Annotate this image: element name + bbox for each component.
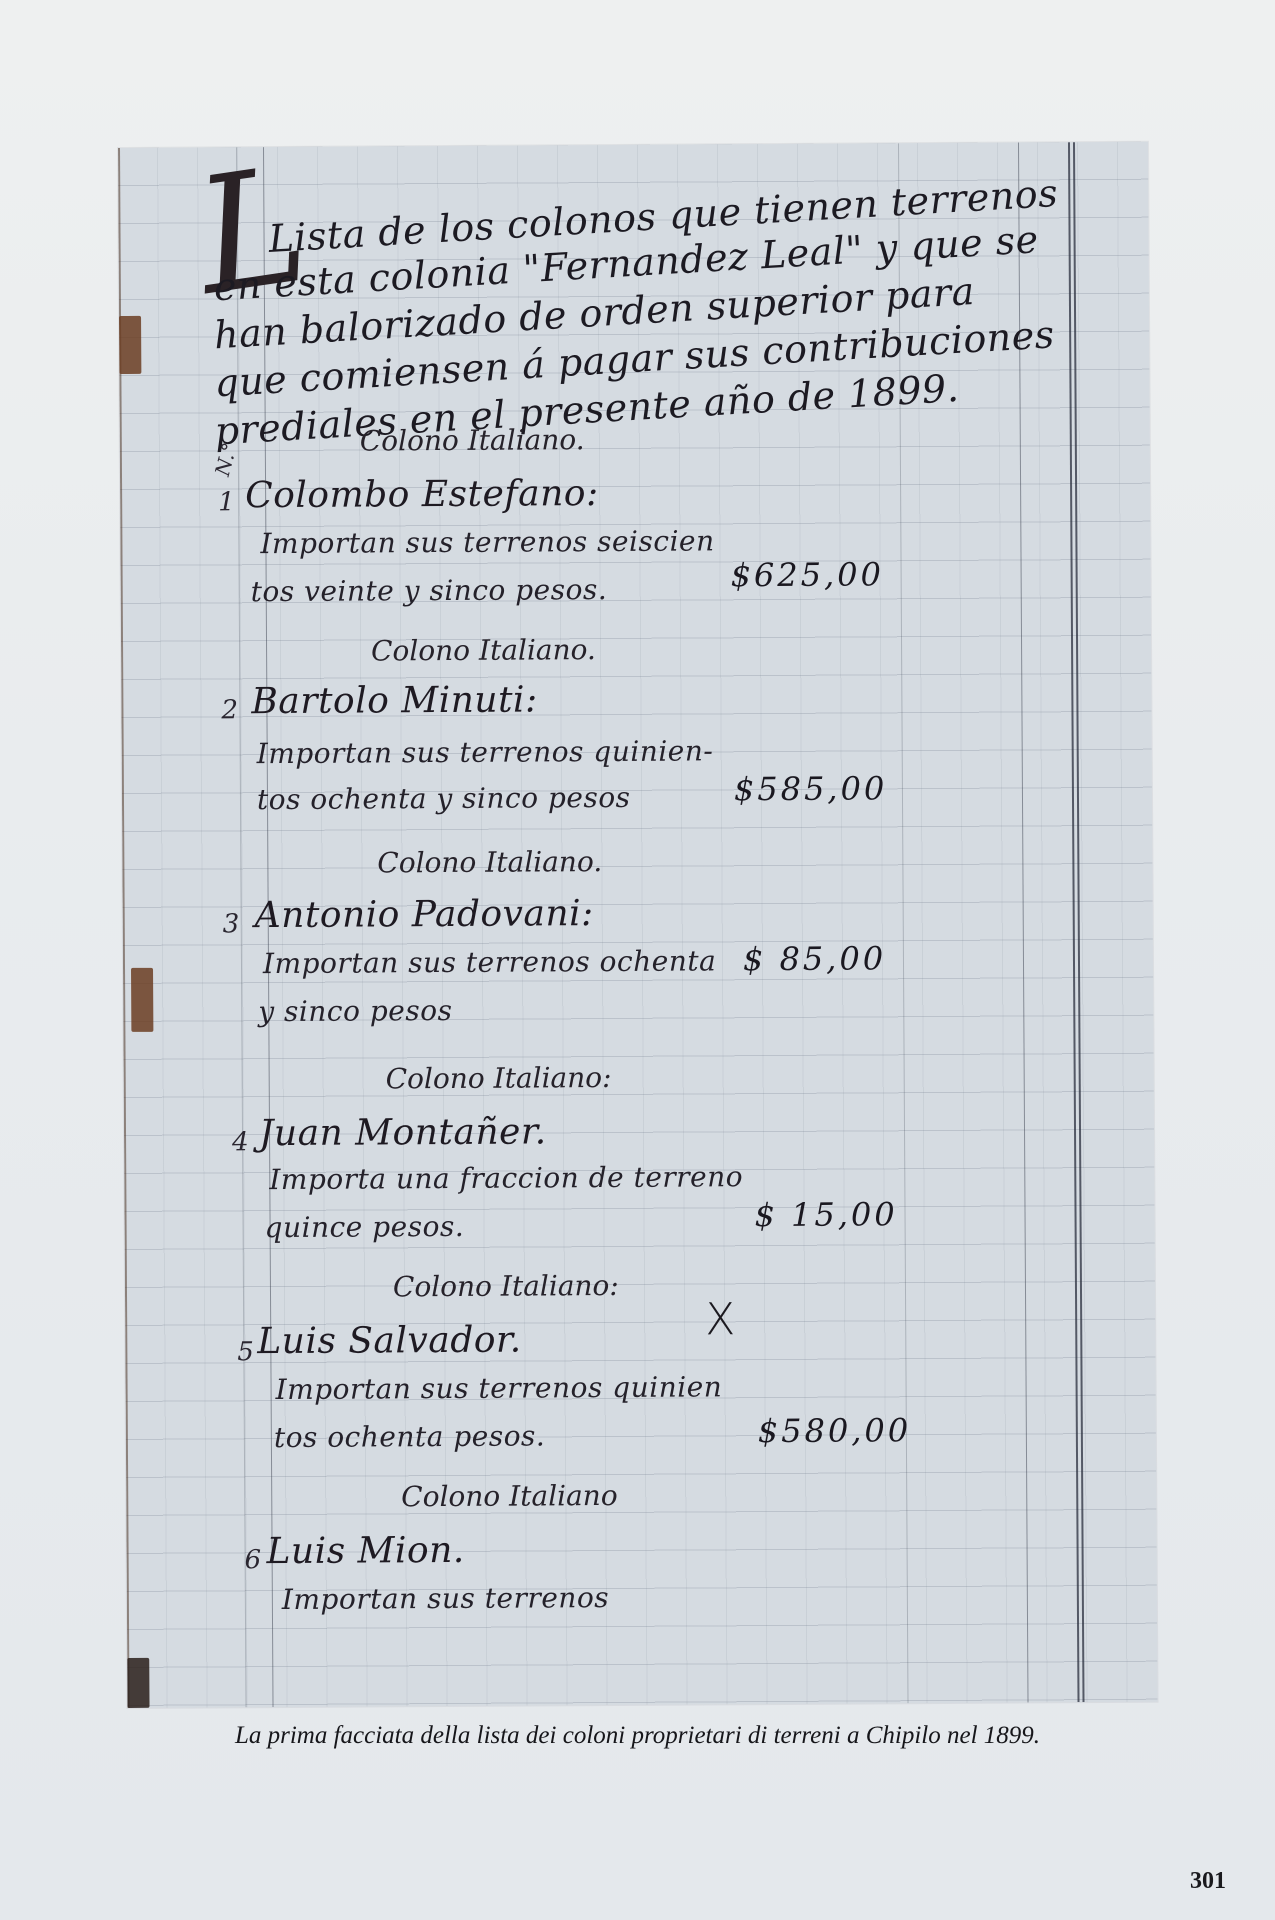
entry-header: Colono Italiano — [401, 1479, 618, 1513]
entry-description-line: Importan sus terrenos ochenta — [263, 944, 716, 980]
amount-column-rule — [1018, 142, 1029, 1702]
entry-name: Bartolo Minuti: — [251, 679, 538, 722]
binding-clip-mark — [119, 316, 141, 374]
entry-amount: $580,00 — [758, 1411, 912, 1450]
entry-amount: $ 85,00 — [743, 939, 886, 978]
entry-number: 6 — [245, 1545, 262, 1575]
entry-amount: $625,00 — [731, 555, 885, 594]
entry-description-line: Importan sus terrenos seiscien — [260, 524, 714, 560]
entry-description-line: Importan sus terrenos quinien — [275, 1370, 722, 1406]
entry-description-line: tos ochenta y sinco pesos — [257, 781, 631, 816]
entry-name: Antonio Padovani: — [255, 893, 594, 936]
entry-description-line: tos ochenta pesos. — [274, 1419, 546, 1454]
entry-name: Luis Mion. — [266, 1530, 464, 1572]
page-number: 301 — [1190, 1868, 1226, 1895]
figure-caption: La prima facciata della lista dei coloni… — [0, 1722, 1275, 1750]
entry-description-line: Importan sus terrenos quinien- — [257, 734, 714, 770]
binding-edge-line — [118, 148, 130, 1708]
entry-description-line: y sinco pesos — [258, 994, 452, 1028]
entry-header: Colono Italiano. — [371, 633, 596, 667]
entry-description-line: Importan sus terrenos — [282, 1581, 609, 1616]
entry-header: Colono Italiano: — [386, 1061, 612, 1095]
entry-name: Luis Salvador. — [257, 1320, 522, 1363]
entry-amount: $ 15,00 — [754, 1195, 897, 1234]
cross-mark: X — [705, 1294, 736, 1345]
entry-number: 2 — [221, 695, 238, 725]
entry-description-line: Importa una fraccion de terreno — [269, 1160, 743, 1196]
entry-number: 4 — [232, 1127, 249, 1157]
entry-name: Colombo Estefano: — [245, 473, 599, 516]
binding-clip-mark — [131, 968, 153, 1032]
book-page: L Lista de los colonos que tienen terren… — [0, 0, 1275, 1920]
entry-name: Juan Montañer. — [259, 1111, 547, 1154]
entry-header: Colono Italiano. — [377, 845, 602, 879]
entry-amount: $585,00 — [734, 769, 888, 808]
binding-clip-mark — [127, 1658, 149, 1708]
entry-number: 5 — [237, 1337, 254, 1367]
entry-number: 3 — [223, 909, 240, 939]
entry-header: Colono Italiano: — [393, 1269, 619, 1303]
entry-header: Colono Italiano. — [360, 423, 585, 457]
entry-number: 1 — [218, 487, 235, 517]
entry-description-line: tos veinte y sinco pesos. — [251, 573, 608, 608]
scanned-ledger-page: L Lista de los colonos que tienen terren… — [118, 142, 1158, 1708]
entry-description-line: quince pesos. — [264, 1210, 464, 1244]
